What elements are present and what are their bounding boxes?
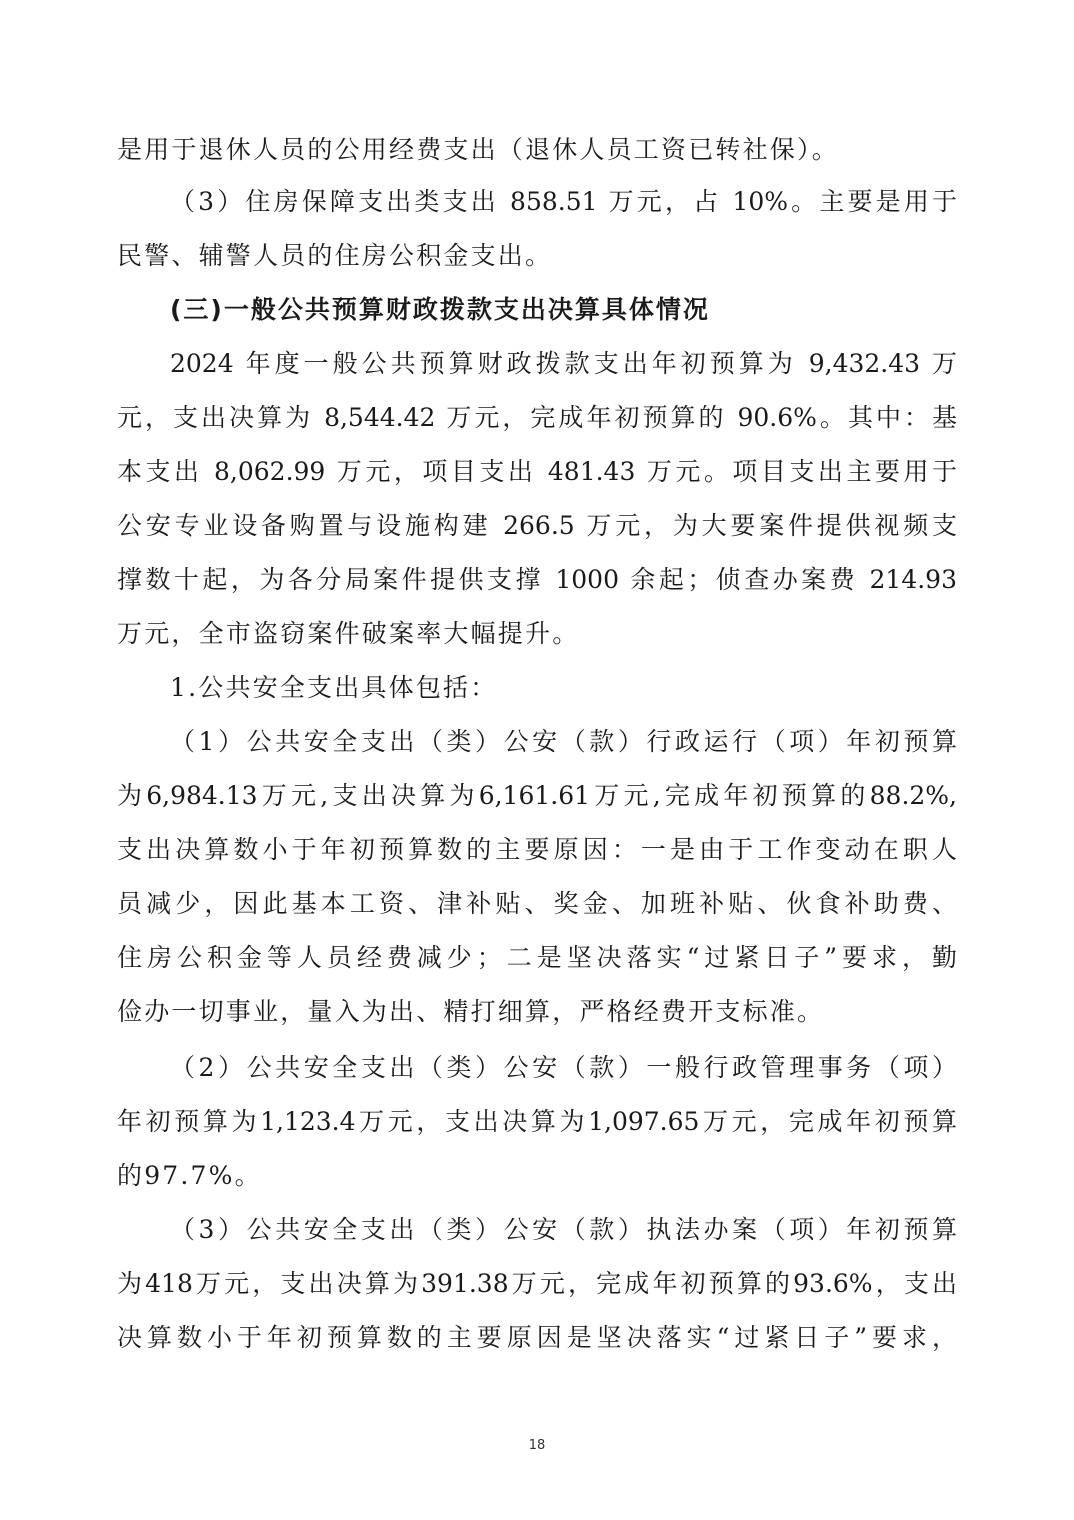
text-line: 本支出 8,062.99 万元，项目支出 481.43 万元。项目支出主要用于 [117, 452, 957, 492]
text-line: 撑数十起，为各分局案件提供支撑 1000 余起；侦查办案费 214.93 [117, 560, 957, 600]
list-heading: 1.公共安全支出具体包括： [170, 668, 957, 708]
text-line: 万元，全市盗窃案件破案率大幅提升。 [117, 614, 957, 654]
text-line: （2）公共安全支出（类）公安（款）一般行政管理事务（项） [170, 1048, 957, 1088]
text-line: （3）住房保障支出类支出 858.51 万元，占 10%。主要是用于 [170, 182, 957, 222]
text-line: （3）公共安全支出（类）公安（款）执法办案（项）年初预算 [170, 1210, 957, 1250]
text-line: （1）公共安全支出（类）公安（款）行政运行（项）年初预算 [170, 722, 957, 762]
text-line: 年初预算为1,123.4万元，支出决算为1,097.65万元，完成年初预算 [117, 1102, 957, 1142]
text-line: 为418万元，支出决算为391.38万元，完成年初预算的93.6%，支出 [117, 1264, 957, 1304]
text-line: 是用于退休人员的公用经费支出（退休人员工资已转社保）。 [117, 130, 957, 170]
text-line: 元，支出决算为 8,544.42 万元，完成年初预算的 90.6%。其中：基 [117, 398, 957, 438]
text-line: 俭办一切事业，量入为出、精打细算，严格经费开支标准。 [117, 992, 957, 1032]
text-line: 2024 年度一般公共预算财政拨款支出年初预算为 9,432.43 万 [170, 344, 957, 384]
text-line: 支出决算数小于年初预算数的主要原因：一是由于工作变动在职人 [117, 830, 957, 870]
text-line: 决算数小于年初预算数的主要原因是坚决落实“过紧日子”要求， [117, 1318, 957, 1358]
text-line: 的97.7%。 [117, 1156, 957, 1196]
text-line: 住房公积金等人员经费减少；二是坚决落实“过紧日子”要求，勤 [117, 938, 957, 978]
document-page: 是用于退休人员的公用经费支出（退休人员工资已转社保）。 （3）住房保障支出类支出… [0, 0, 1074, 1520]
page-number: 18 [0, 1438, 1074, 1453]
text-line: 民警、辅警人员的住房公积金支出。 [117, 236, 957, 276]
text-line: 员减少，因此基本工资、津补贴、奖金、加班补贴、伙食补助费、 [117, 884, 957, 924]
text-line: 公安专业设备购置与设施构建 266.5 万元，为大要案件提供视频支 [117, 506, 957, 546]
section-heading: (三)一般公共预算财政拨款支出决算具体情况 [170, 290, 957, 330]
text-line: 为6,984.13万元,支出决算为6,161.61万元,完成年初预算的88.2%… [117, 776, 957, 816]
